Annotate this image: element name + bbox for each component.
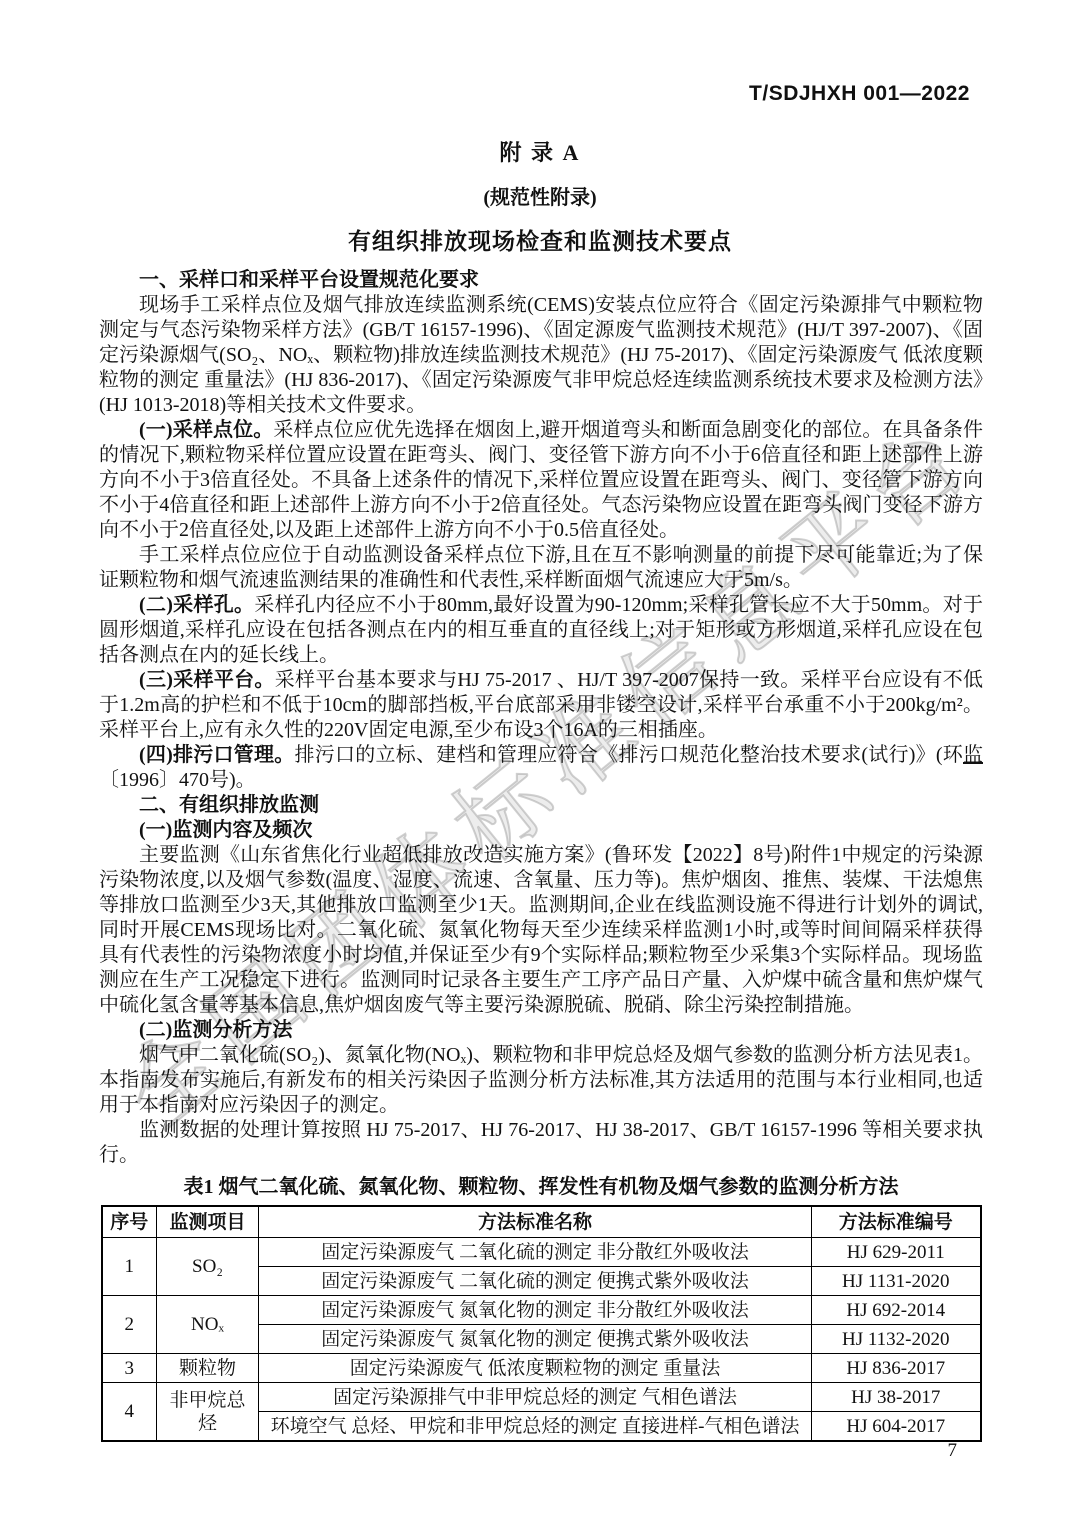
subsection-heading-analysis-methods: (二)监测分析方法	[99, 1018, 983, 1043]
para-outlet-management-text-b: 〔1996〕470号)。	[99, 769, 256, 791]
para-intro: 现场手工采样点位及烟气排放连续监测系统(CEMS)安装点位应符合《固定污染源排气…	[99, 293, 983, 418]
document-page: 全国团体标准信息平台 T/SDJHXH 001—2022 附 录 A (规范性附…	[0, 0, 1080, 1527]
para-analysis-methods: 烟气中二氧化硫(SO₂)、氮氧化物(NOₓ)、颗粒物和非甲烷总烃及烟气参数的监测…	[99, 1043, 983, 1118]
table-caption: 表1 烟气二氧化硫、氮氧化物、颗粒物、挥发性有机物及烟气参数的监测分析方法	[99, 1175, 983, 1200]
para-intro-text: 现场手工采样点位及烟气排放连续监测系统(CEMS)安装点位应符合《固定污染源排气…	[99, 294, 983, 416]
cell-method-code: HJ 836-2017	[812, 1354, 981, 1383]
cell-seq: 2	[102, 1296, 157, 1354]
para-data-processing-text: 监测数据的处理计算按照 HJ 75-2017、HJ 76-2017、HJ 38-…	[99, 1119, 983, 1166]
table-row: 3 颗粒物 固定污染源废气 低浓度颗粒物的测定 重量法 HJ 836-2017	[102, 1354, 981, 1383]
table-row: 4 非甲烷总烃 固定污染源排气中非甲烷总烃的测定 气相色谱法 HJ 38-201…	[102, 1383, 981, 1412]
para-outlet-management-underlined-char: 监	[963, 744, 983, 766]
document-body: 一、采样口和采样平台设置规范化要求 现场手工采样点位及烟气排放连续监测系统(CE…	[99, 268, 983, 1463]
table-header-row: 序号 监测项目 方法标准名称 方法标准编号	[102, 1206, 981, 1238]
para-analysis-methods-text: 烟气中二氧化硫(SO₂)、氮氧化物(NOₓ)、颗粒物和非甲烷总烃及烟气参数的监测…	[99, 1044, 983, 1116]
doc-number: T/SDJHXH 001—2022	[749, 82, 970, 106]
para-sampling-platform: (三)采样平台。采样平台基本要求与HJ 75-2017 、HJ/T 397-20…	[99, 668, 983, 743]
header-cell-seq: 序号	[102, 1206, 157, 1238]
cell-item: NOₓ	[157, 1296, 259, 1354]
appendix-note: (规范性附录)	[0, 181, 1080, 210]
subsection-heading-monitoring-content: (一)监测内容及频次	[99, 818, 983, 843]
cell-method-code: HJ 604-2017	[812, 1412, 981, 1442]
cell-item: 颗粒物	[157, 1354, 259, 1383]
para-data-processing: 监测数据的处理计算按照 HJ 75-2017、HJ 76-2017、HJ 38-…	[99, 1118, 983, 1168]
page-title: 有组织排放现场检查和监测技术要点	[0, 223, 1080, 256]
para-monitoring-content: 主要监测《山东省焦化行业超低排放改造实施方案》(鲁环发【2022】8号)附件1中…	[99, 843, 983, 1018]
cell-method-name: 固定污染源废气 低浓度颗粒物的测定 重量法	[259, 1354, 812, 1383]
header-cell-method-name: 方法标准名称	[259, 1206, 812, 1238]
para-sampling-point-lead: (一)采样点位。	[139, 419, 273, 441]
para-monitoring-content-text: 主要监测《山东省焦化行业超低排放改造实施方案》(鲁环发【2022】8号)附件1中…	[99, 844, 983, 1016]
header-cell-method-code: 方法标准编号	[812, 1206, 981, 1238]
title-block: 附 录 A (规范性附录) 有组织排放现场检查和监测技术要点	[0, 136, 1080, 256]
cell-method-code: HJ 629-2011	[812, 1238, 981, 1267]
cell-method-name: 固定污染源废气 氮氧化物的测定 非分散红外吸收法	[259, 1296, 812, 1325]
cell-method-code: HJ 692-2014	[812, 1296, 981, 1325]
header-cell-item: 监测项目	[157, 1206, 259, 1238]
monitoring-methods-table: 序号 监测项目 方法标准名称 方法标准编号 1 SO₂ 固定污染源废气 二氧化硫…	[101, 1205, 982, 1442]
section-heading-sampling-requirements: 一、采样口和采样平台设置规范化要求	[99, 268, 983, 293]
cell-method-name: 固定污染源废气 氮氧化物的测定 便携式紫外吸收法	[259, 1325, 812, 1354]
para-sampling-platform-lead: (三)采样平台。	[139, 669, 275, 691]
cell-method-code: HJ 1131-2020	[812, 1267, 981, 1296]
cell-method-name: 固定污染源废气 二氧化硫的测定 便携式紫外吸收法	[259, 1267, 812, 1296]
cell-seq: 4	[102, 1383, 157, 1442]
section-heading-organized-emission-monitoring: 二、有组织排放监测	[99, 793, 983, 818]
para-manual-sampling: 手工采样点位应位于自动监测设备采样点位下游,且在互不影响测量的前提下尽可能靠近;…	[99, 543, 983, 593]
table-row: 1 SO₂ 固定污染源废气 二氧化硫的测定 非分散红外吸收法 HJ 629-20…	[102, 1238, 981, 1267]
para-sampling-point: (一)采样点位。采样点位应优先选择在烟囱上,避开烟道弯头和断面急剧变化的部位。在…	[99, 418, 983, 543]
para-sampling-hole: (二)采样孔。采样孔内径应不小于80mm,最好设置为90-120mm;采样孔管长…	[99, 593, 983, 668]
para-manual-sampling-text: 手工采样点位应位于自动监测设备采样点位下游,且在互不影响测量的前提下尽可能靠近;…	[99, 544, 983, 591]
table-row: 2 NOₓ 固定污染源废气 氮氧化物的测定 非分散红外吸收法 HJ 692-20…	[102, 1296, 981, 1325]
cell-method-code: HJ 1132-2020	[812, 1325, 981, 1354]
page-number: 7	[99, 1438, 983, 1463]
cell-method-name: 固定污染源废气 二氧化硫的测定 非分散红外吸收法	[259, 1238, 812, 1267]
cell-item: 非甲烷总烃	[157, 1383, 259, 1442]
cell-method-name: 环境空气 总烃、甲烷和非甲烷总烃的测定 直接进样-气相色谱法	[259, 1412, 812, 1442]
cell-seq: 3	[102, 1354, 157, 1383]
para-outlet-management-lead: (四)排污口管理。	[139, 744, 295, 766]
para-outlet-management-text-a: 排污口的立标、建档和管理应符合《排污口规范化整治技术要求(试行)》(环	[295, 744, 963, 766]
para-sampling-hole-lead: (二)采样孔。	[139, 594, 254, 616]
appendix-label: 附 录 A	[0, 136, 1080, 167]
cell-item: SO₂	[157, 1238, 259, 1296]
cell-method-code: HJ 38-2017	[812, 1383, 981, 1412]
cell-seq: 1	[102, 1238, 157, 1296]
cell-method-name: 固定污染源排气中非甲烷总烃的测定 气相色谱法	[259, 1383, 812, 1412]
para-outlet-management: (四)排污口管理。排污口的立标、建档和管理应符合《排污口规范化整治技术要求(试行…	[99, 743, 983, 793]
